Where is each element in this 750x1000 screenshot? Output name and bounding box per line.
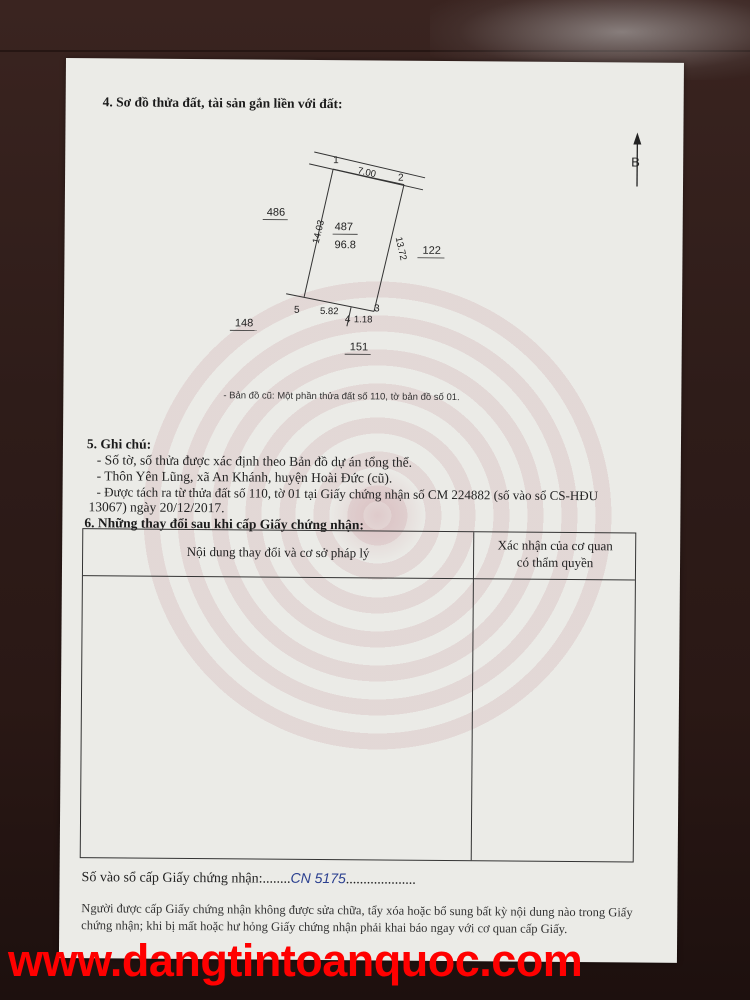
certificate-page: 4. Sơ đồ thửa đất, tài sản gắn liền với … [59, 58, 684, 963]
column-divider [471, 532, 475, 860]
edge-1-5: 14.03 [311, 219, 327, 245]
note-line: 13067) ngày 20/12/2017. [88, 499, 224, 516]
neighbor-122: 122 [422, 245, 440, 257]
old-map-note: - Bản đồ cũ: Một phần thửa đất số 110, t… [223, 390, 459, 403]
warning-text: Người được cấp Giấy chứng nhận không đượ… [81, 900, 641, 938]
changes-table: Nội dung thay đổi và cơ sở pháp lý Xác n… [80, 528, 637, 862]
edge-5-4: 5.82 [320, 306, 339, 317]
registration-number: CN 5175 [291, 870, 346, 886]
site-watermark: www.dangtintoanquoc.com [8, 938, 748, 983]
parcel-number: 487 [335, 221, 353, 233]
edge-2-3: 13.72 [393, 236, 409, 262]
svg-text:4: 4 [345, 314, 351, 325]
neighbor-148: 148 [235, 317, 253, 329]
svg-text:3: 3 [374, 303, 380, 314]
registration-label: Số vào sổ cấp Giấy chứng nhận: [82, 870, 263, 886]
neighbor-486: 486 [267, 207, 285, 219]
registration-line: Số vào sổ cấp Giấy chứng nhận:........CN… [81, 868, 415, 889]
svg-text:5: 5 [294, 305, 300, 316]
column-header-confirmation-line2: có thẩm quyền [475, 554, 635, 571]
column-header-confirmation-line1: Xác nhận của cơ quan [475, 537, 635, 554]
neighbor-151: 151 [350, 341, 368, 353]
parcel-area: 96.8 [334, 239, 356, 251]
section-5-title: 5. Ghi chú: [87, 436, 151, 453]
svg-text:2: 2 [398, 173, 404, 184]
north-label: B [631, 154, 640, 169]
edge-1-2: 7.00 [356, 165, 376, 180]
edge-4-3: 1.18 [354, 314, 373, 325]
svg-text:1: 1 [333, 155, 339, 166]
plot-sketch: B 1 2 3 4 5 7.00 14.03 13.72 5.82 1.18 4… [63, 58, 684, 423]
column-header-content: Nội dung thay đổi và cơ sở pháp lý [83, 543, 473, 562]
header-divider [83, 575, 635, 581]
